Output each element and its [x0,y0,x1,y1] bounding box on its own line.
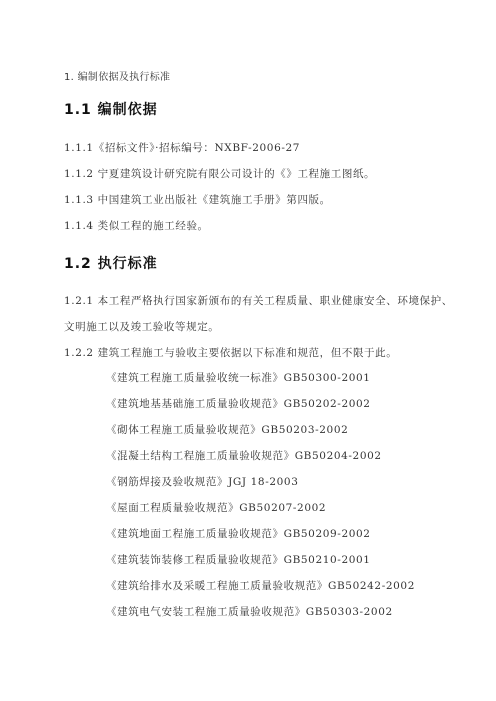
standard-para-1-line-2: 文明施工以及竣工验收等规定。 [64,319,219,334]
standard-item: 《建筑装饰装修工程质量验收规范》GB50210-2001 [106,552,371,567]
standard-item: 《建筑给排水及采暖工程施工质量验收规范》GB50242-2002 [106,578,415,593]
heading-1-2: 1.2 执行标准 [64,253,158,273]
heading-1-1: 1.1 编制依据 [64,99,158,119]
standard-item: 《建筑工程施工质量验收统一标准》GB50300-2001 [106,370,371,385]
standard-item: 《钢筋焊接及验收规范》JGJ 18-2003 [106,474,298,489]
standard-para-2: 1.2.2 建筑工程施工与验收主要依据以下标准和规范，但不限于此。 [64,345,397,360]
section-title: 1. 编制依据及执行标准 [64,68,170,83]
standard-item: 《混凝土结构工程施工质量验收规范》GB50204-2002 [106,448,382,463]
standard-item: 《建筑电气安装工程施工质量验收规范》GB50303-2002 [106,604,393,619]
standard-item: 《建筑地面工程施工质量验收规范》GB50209-2002 [106,526,371,541]
standard-item: 《建筑地基基础施工质量验收规范》GB50202-2002 [106,396,371,411]
basis-item-4: 1.1.4 类似工程的施工经验。 [64,218,209,233]
standard-item: 《砌体工程施工质量验收规范》GB50203-2002 [106,422,348,437]
standard-item: 《屋面工程质量验收规范》GB50207-2002 [106,500,326,515]
standard-para-1-line-1: 1.2.1 本工程严格执行国家新颁布的有关工程质量、职业健康安全、环境保护、 [64,293,453,308]
basis-item-1: 1.1.1《招标文件》·招标编号：NXBF-2006-27 [64,140,300,155]
basis-item-3: 1.1.3 中国建筑工业出版社《建筑施工手册》第四版。 [64,192,331,207]
basis-item-2: 1.1.2 宁夏建筑设计研究院有限公司设计的《》工程施工图纸。 [64,166,375,181]
